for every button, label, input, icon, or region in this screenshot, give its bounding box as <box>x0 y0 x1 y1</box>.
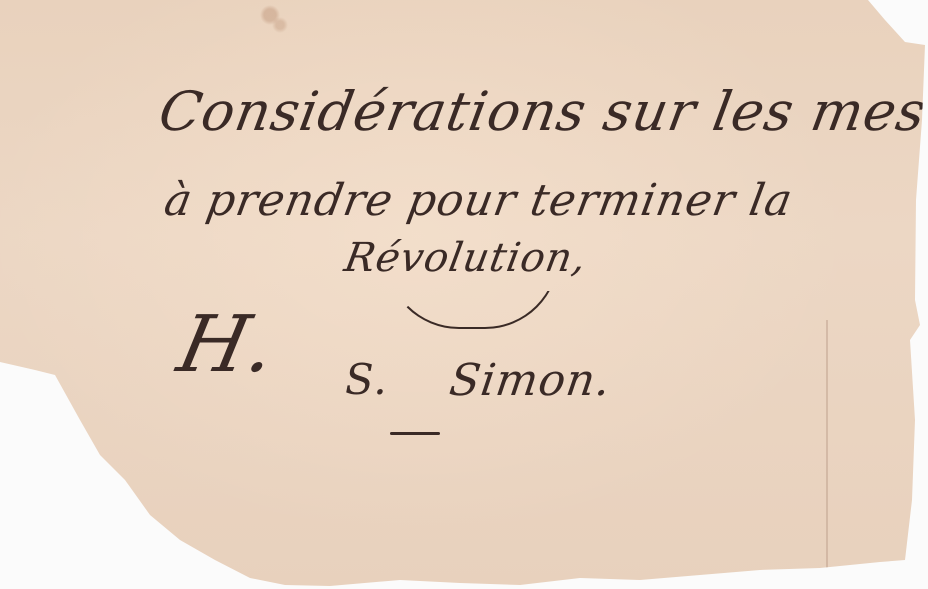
title-line-2: à prendre pour terminer la <box>161 175 797 226</box>
paper-fold-line <box>826 320 828 570</box>
signature-middle-initial: S. <box>345 355 388 404</box>
signature-name: Simon. <box>446 355 614 406</box>
manuscript-paper: Considérations sur les mesures à prendre… <box>0 0 928 589</box>
signature-underline-flourish <box>390 432 440 435</box>
ink-flourish-swash <box>385 255 559 329</box>
signature-initial: H. <box>170 300 284 390</box>
title-line-1: Considérations sur les mesures <box>154 80 928 143</box>
